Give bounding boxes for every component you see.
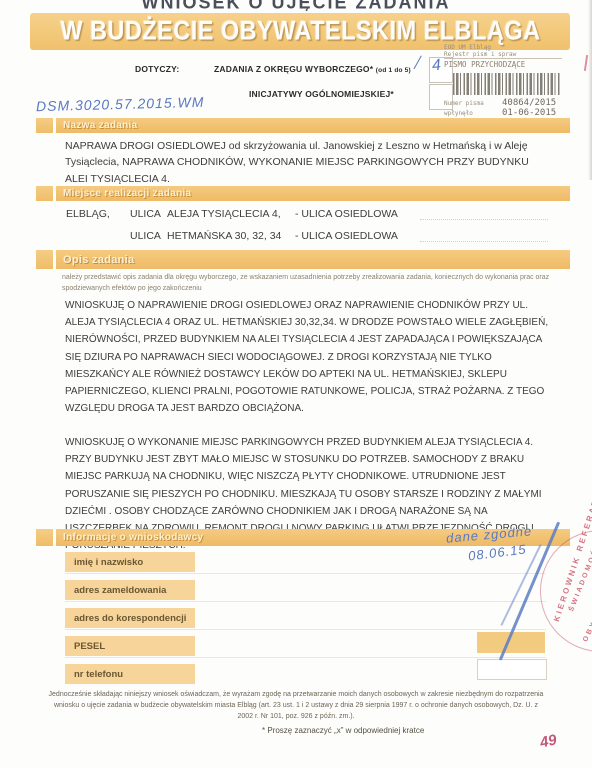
handwritten-district-value: 4 <box>431 57 443 76</box>
handwritten-reference: DSM.3020.57.2015.WM <box>36 94 205 114</box>
consent-statement: Jednocześnie składając niniejszy wniosek… <box>46 690 546 723</box>
section-title: Opis zadania <box>56 254 134 266</box>
field-label-pesel: PESEL <box>65 636 195 656</box>
section-header-nazwa: Nazwa zadania <box>56 118 570 133</box>
section-title: Miejsce realizacji zadania <box>56 188 191 199</box>
field-label-phone: nr telefonu <box>65 664 195 684</box>
location-street-2: HETMAŃSKA 30, 32, 34 <box>167 228 281 244</box>
section-header-miejsce: Miejsce realizacji zadania <box>56 186 570 201</box>
phone-value-box <box>477 659 547 680</box>
opis-instruction-note: należy przedstawić opis zadania dla okrę… <box>62 273 554 295</box>
stamp-number: 40864/2015 <box>502 98 556 108</box>
form-row-mailing-address: adres do korespondencji <box>65 608 546 630</box>
option-district-label: ZADANIA Z OKRĘGU WYBORCZEGO* <box>214 64 373 74</box>
stamp-office-line1: EOD UM Elbląg <box>444 44 491 51</box>
section-square-icon <box>36 118 53 133</box>
section-header-opis: Opis zadania <box>56 250 570 269</box>
form-row-pesel: PESEL <box>65 636 546 658</box>
stamp-number-label: Numer pisma <box>444 100 484 107</box>
scan-edge-artifact <box>588 0 592 180</box>
option-district: ZADANIA Z OKRĘGU WYBORCZEGO* (od 1 do 5) <box>214 64 411 74</box>
handwritten-district-slash: ∕ <box>415 53 422 73</box>
section-square-icon <box>36 529 53 546</box>
section-title: Informacje o wnioskodawcy <box>56 532 203 543</box>
form-banner-text: W BUDŻECIE OBYWATELSKIM ELBLĄGA <box>60 16 540 47</box>
form-row-address: adres zameldowania <box>65 580 546 602</box>
field-label-name: imię i nazwisko <box>65 552 195 572</box>
stamp-doc-type: PISMO PRZYCHODZĄCE <box>444 60 525 69</box>
handwritten-page-number: 49 <box>538 731 558 751</box>
dotyczy-label: DOTYCZY: <box>135 64 179 74</box>
location-street-1: ALEJA TYSIĄCLECIA 4, <box>167 206 281 222</box>
option-citywide: INICJATYWY OGÓLNOMIEJSKIEJ* <box>249 89 394 99</box>
form-row-phone: nr telefonu <box>65 664 546 685</box>
field-label-mailing-address: adres do korespondencji <box>65 608 195 628</box>
field-label-address: adres zameldowania <box>65 580 195 600</box>
form-title-text: WNIOSEK O UJĘCIE ZADANIA <box>0 0 592 11</box>
location-city: ELBLĄG, <box>66 206 110 222</box>
scanned-form-page: WNIOSEK O UJĘCIE ZADANIA W BUDŻECIE OBYW… <box>0 0 592 768</box>
stamp-office-line2: Rejestr pism i spraw <box>444 51 562 59</box>
location-ulica-2: ULICA <box>130 228 161 244</box>
barcode <box>453 73 561 95</box>
section-square-folder-icon <box>36 250 53 269</box>
checkbox-instruction-note: * Proszę zaznaczyć „x” w odpowiedniej kr… <box>262 726 492 735</box>
stamp-date: 01-06-2015 <box>502 108 556 118</box>
form-title-cutoff: WNIOSEK O UJĘCIE ZADANIA <box>0 0 592 11</box>
option-district-hint: (od 1 do 5) <box>376 67 411 74</box>
stamp-date-label: wpłynęło <box>444 110 473 117</box>
task-name-text: NAPRAWA DROGI OSIEDLOWEJ od skrzyżowania… <box>65 138 550 187</box>
dotted-rule <box>420 218 548 220</box>
section-title: Nazwa zadania <box>56 120 137 131</box>
description-paragraph-1: WNIOSKUJĘ O NAPRAWIENIE DROGI OSIEDLOWEJ… <box>65 297 552 417</box>
dotted-rule <box>420 240 548 242</box>
location-ulica-1: ULICA <box>130 206 161 222</box>
location-detail-1: - ULICA OSIEDLOWA <box>295 206 398 222</box>
location-detail-2: - ULICA OSIEDLOWA <box>295 228 398 244</box>
section-square-icon <box>36 186 53 201</box>
